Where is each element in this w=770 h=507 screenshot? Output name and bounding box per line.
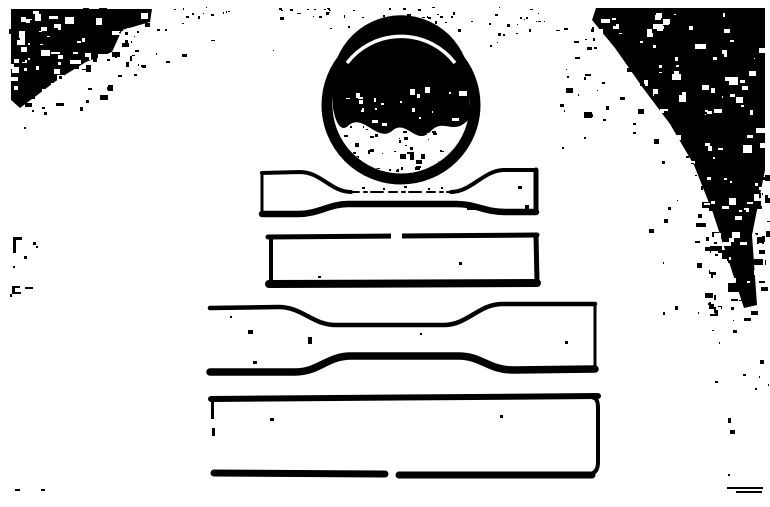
flex-bar-large: [211, 396, 598, 475]
bar-large-body: [212, 396, 597, 475]
bar-small-body: [271, 234, 537, 284]
flex-bar-small: [268, 230, 537, 284]
bar-small-top-gap: [391, 230, 402, 240]
specimen-photo: High-contrast black-and-white thresholde…: [0, 0, 770, 507]
